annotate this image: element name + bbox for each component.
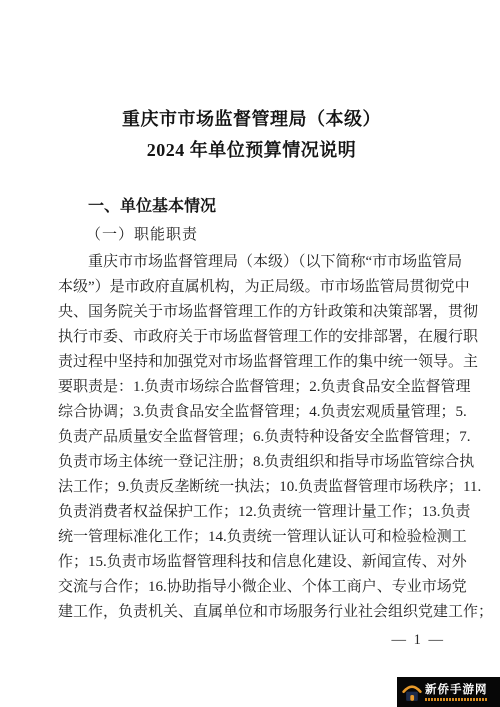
body-text-line: 交流与合作；16.协助指导小微企业、个体工商户、专业市场党 — [58, 575, 445, 600]
body-text-line: 负责消费者权益保护工作；12.负责统一管理计量工作；13.负责 — [58, 500, 445, 525]
sub-heading-duties: （一）职能职责 — [58, 227, 445, 244]
site-watermark: 新侨手游网 — [397, 677, 500, 707]
body-text-line: 要职责是：1.负责市场综合监督管理；2.负责食品安全监督管理 — [58, 375, 445, 400]
body-text-line: 本级”）是市政府直属机构，为正局级。市市场监管局贯彻党中 — [58, 275, 445, 300]
watermark-text-block: 新侨手游网 — [425, 684, 488, 701]
body-text-line: 执行市委、市政府关于市场监督管理工作的安排部署，在履行职 — [58, 325, 445, 350]
document-title-line1: 重庆市市场监督管理局（本级） — [58, 104, 445, 135]
body-text-line: 责过程中坚持和加强党对市场监督管理工作的集中统一领导。主 — [58, 350, 445, 375]
watermark-tagline-strip — [425, 698, 487, 701]
body-text-line: 负责产品质量安全监督管理；6.负责特种设备安全监督管理；7. — [58, 425, 445, 450]
body-text-line: 负责市场主体统一登记注册；8.负责组织和指导市场监管综合执 — [58, 450, 445, 475]
body-text-line: 综合协调；3.负责食品安全监督管理；4.负责宏观质量管理；5. — [58, 400, 445, 425]
body-paragraph: 重庆市市场监督管理局（本级）（以下简称“市市场监管局本级”）是市政府直属机构，为… — [58, 250, 445, 625]
body-text-line: 重庆市市场监督管理局（本级）（以下简称“市市场监管局 — [58, 250, 445, 275]
house-icon — [402, 683, 422, 702]
body-text-line: 法工作；9.负责反垄断统一执法；10.负责监督管理市场秩序；11. — [58, 475, 445, 500]
document-page: 重庆市市场监督管理局（本级） 2024 年单位预算情况说明 一、单位基本情况 （… — [0, 0, 500, 707]
watermark-site-name: 新侨手游网 — [425, 684, 488, 696]
section-heading-basic-info: 一、单位基本情况 — [58, 198, 445, 215]
document-title: 重庆市市场监督管理局（本级） 2024 年单位预算情况说明 — [58, 104, 445, 166]
page-number: — 1 — — [58, 633, 445, 648]
body-text-line: 统一管理标准化工作；14.负责统一管理认证认可和检验检测工 — [58, 525, 445, 550]
body-text-line: 央、国务院关于市场监督管理工作的方针政策和决策部署，贯彻 — [58, 300, 445, 325]
document-title-line2: 2024 年单位预算情况说明 — [58, 135, 445, 166]
body-text-line: 作；15.负责市场监督管理科技和信息化建设、新闻宣传、对外 — [58, 550, 445, 575]
body-text-line: 建工作，负责机关、直属单位和市场服务行业社会组织党建工作； — [58, 600, 445, 625]
